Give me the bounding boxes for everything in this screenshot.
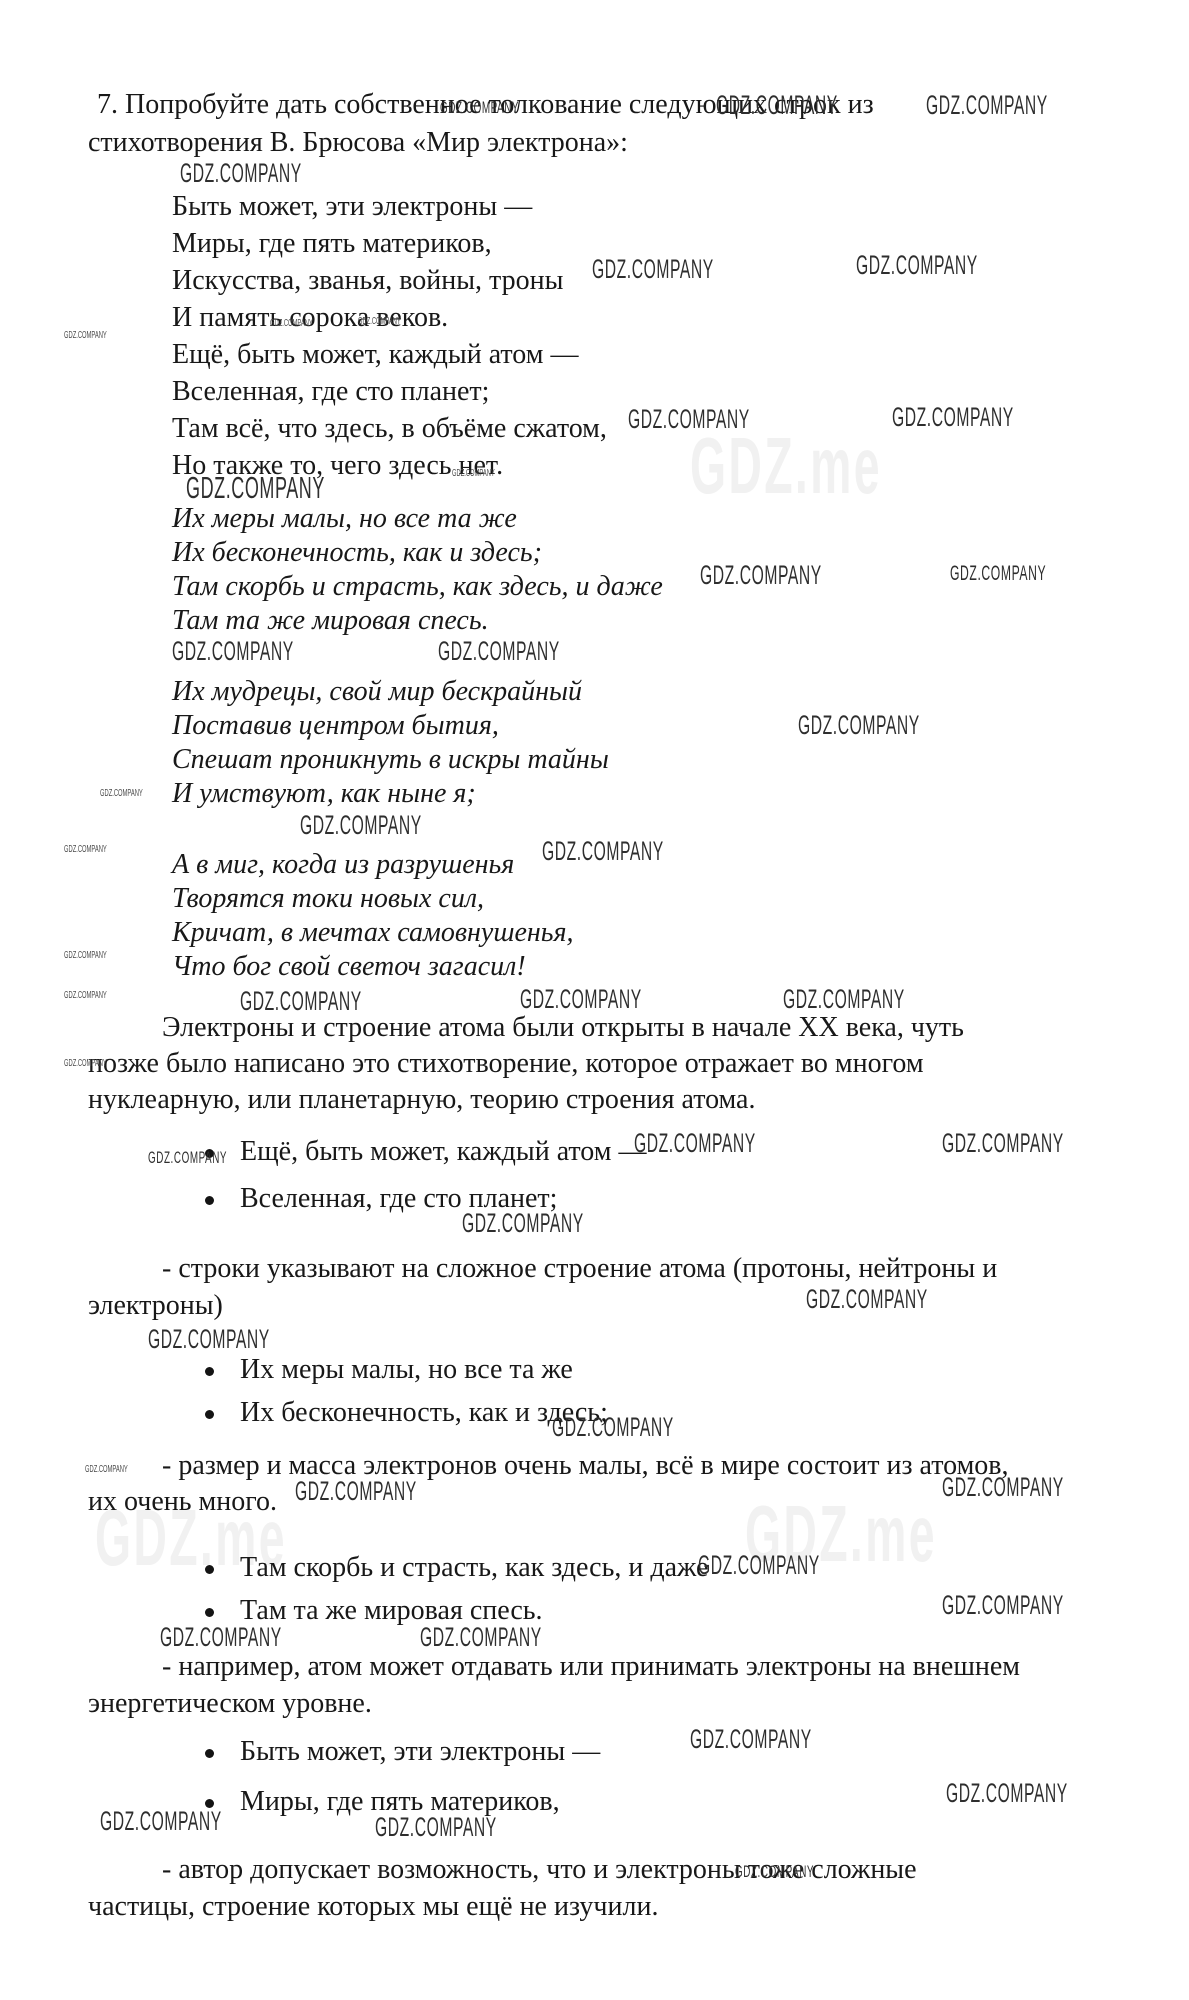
site-watermark: GDZ.COMPANY	[926, 90, 1048, 121]
site-watermark: GDZ.COMPANY	[295, 1476, 417, 1507]
site-watermark: GDZ.COMPANY	[634, 1128, 756, 1159]
site-watermark: GDZ.COMPANY	[628, 404, 750, 435]
site-watermark: GDZ.COMPANY	[64, 990, 107, 1001]
site-watermark: GDZ.COMPANY	[148, 1324, 270, 1355]
site-watermark: GDZ.COMPANY	[856, 250, 978, 281]
site-watermark: GDZ.COMPANY	[64, 950, 107, 961]
site-watermark: GDZ.COMPANY	[783, 984, 905, 1015]
site-watermark: GDZ.COMPANY	[806, 1284, 928, 1315]
site-watermark: GDZ.COMPANY	[270, 318, 313, 329]
site-watermark: GDZ.COMPANY	[950, 562, 1046, 586]
site-watermark: GDZ.COMPANY	[64, 844, 107, 855]
site-watermark: GDZ.COMPANY	[552, 1412, 674, 1443]
site-watermark: GDZ.COMPANY	[942, 1472, 1064, 1503]
site-watermark: GDZ.COMPANY	[85, 1464, 128, 1475]
site-watermark: GDZ.COMPANY	[148, 1148, 227, 1168]
site-watermark: GDZ.COMPANY	[892, 402, 1014, 433]
site-watermark: GDZ.COMPANY	[592, 254, 714, 285]
site-watermark: GDZ.COMPANY	[700, 560, 822, 591]
site-watermark: GDZ.COMPANY	[542, 836, 664, 867]
site-watermark: GDZ.COMPANY	[172, 636, 294, 667]
site-watermark: GDZ.COMPANY	[942, 1590, 1064, 1621]
site-watermark: GDZ.COMPANY	[180, 158, 302, 189]
site-watermark: GDZ.COMPANY	[100, 1806, 222, 1837]
watermark-layer: GDZ.COMPANYGDZ.COMPANYGDZ.COMPANYGDZ.COM…	[0, 0, 1189, 2000]
site-watermark: GDZ.COMPANY	[438, 636, 560, 667]
site-watermark: GDZ.COMPANY	[64, 1058, 107, 1069]
site-watermark: GDZ.COMPANY	[186, 470, 325, 506]
site-watermark: GDZ.COMPANY	[520, 984, 642, 1015]
document-page: GDZ.meGDZ.meGDZ.me 7. Попробуйте дать со…	[0, 0, 1189, 2000]
site-watermark: GDZ.COMPANY	[942, 1128, 1064, 1159]
site-watermark: GDZ.COMPANY	[690, 1724, 812, 1755]
site-watermark: GDZ.COMPANY	[946, 1778, 1068, 1809]
site-watermark: GDZ.COMPANY	[462, 1208, 584, 1239]
site-watermark: GDZ.COMPANY	[440, 98, 519, 118]
site-watermark: GDZ.COMPANY	[300, 810, 422, 841]
site-watermark: GDZ.COMPANY	[100, 788, 143, 799]
site-watermark: GDZ.COMPANY	[375, 1812, 497, 1843]
site-watermark: GDZ.COMPANY	[64, 330, 107, 341]
site-watermark: GDZ.COMPANY	[798, 710, 920, 741]
site-watermark: GDZ.COMPANY	[420, 1622, 542, 1653]
site-watermark: GDZ.COMPANY	[240, 986, 362, 1017]
site-watermark: GDZ.COMPANY	[698, 1550, 820, 1581]
site-watermark: GDZ.COMPANY	[716, 90, 838, 121]
site-watermark: GDZ.COMPANY	[735, 1862, 814, 1882]
site-watermark: GDZ.COMPANY	[358, 316, 401, 327]
site-watermark: GDZ.COMPANY	[160, 1622, 282, 1653]
site-watermark: GDZ.COMPANY	[452, 468, 495, 479]
